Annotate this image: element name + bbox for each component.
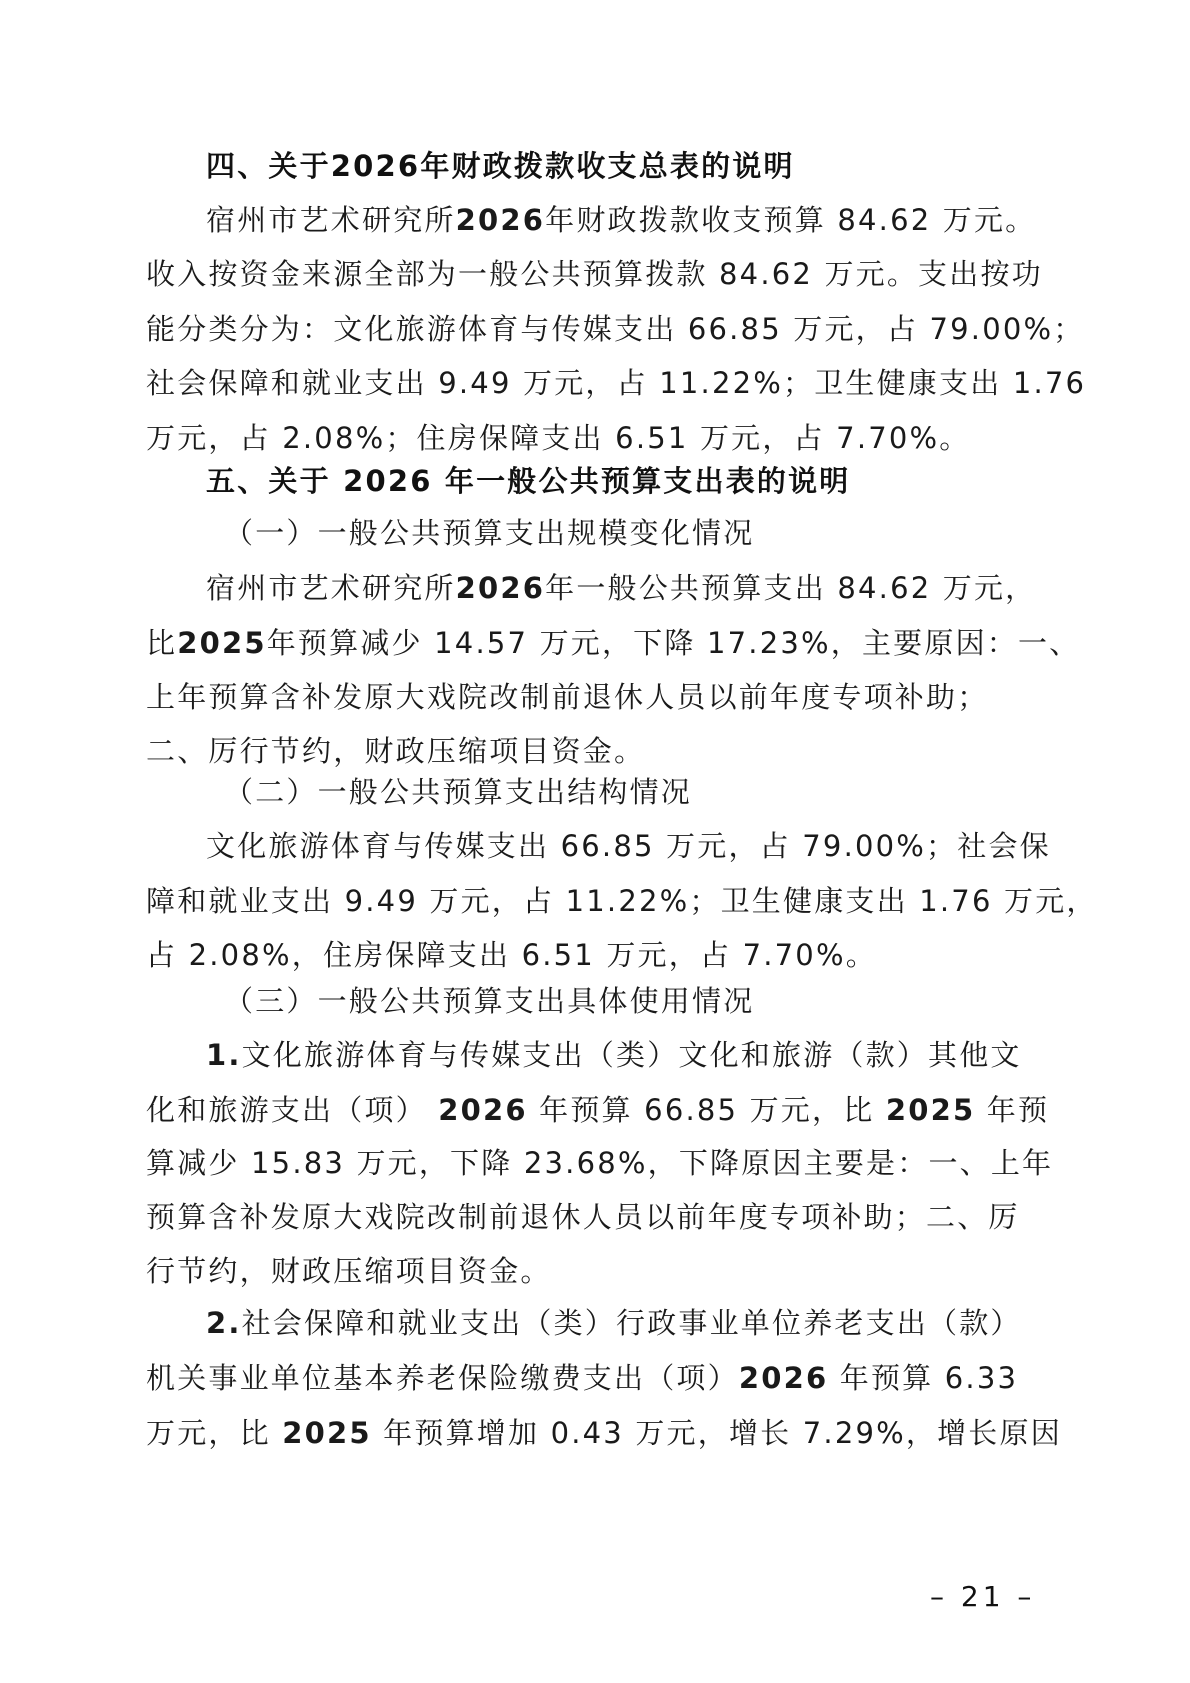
text-segment: 算减少 15.83 万元，下降 23.68%，下降原因主要是：一、上年 (146, 1146, 1053, 1180)
paragraph-line: 二、厉行节约，财政压缩项目资金。 (146, 731, 645, 771)
text-segment: 年预算 66.85 万元，比 (528, 1093, 886, 1127)
paragraph-line: 宿州市艺术研究所2026年一般公共预算支出 84.62 万元， (206, 568, 1036, 608)
text-segment: 年预算 6.33 (828, 1361, 1018, 1395)
item-number: 2. (206, 1306, 242, 1340)
year-bold: 2025 (886, 1093, 976, 1127)
item-number: 1. (206, 1038, 242, 1072)
text-segment: 年预算减少 14.57 万元，下降 17.23%，主要原因：一、 (267, 626, 1081, 660)
paragraph-line: 1.文化旅游体育与传媒支出（类）文化和旅游（款）其他文 (206, 1035, 1022, 1075)
text-segment: 文化旅游体育与传媒支出 66.85 万元，占 79.00%；社会保 (206, 829, 1051, 863)
paragraph-line: 占 2.08%，住房保障支出 6.51 万元，占 7.70%。 (146, 935, 877, 975)
page-number: – 21 – (930, 1580, 1035, 1613)
paragraph-line: 上年预算含补发原大戏院改制前退休人员以前年度专项补助； (146, 677, 988, 717)
paragraph-line: 预算含补发原大戏院改制前退休人员以前年度专项补助；二、厉 (146, 1197, 1020, 1237)
text-segment: 万元，占 2.08%；住房保障支出 6.51 万元，占 7.70%。 (146, 421, 971, 455)
text-segment: 占 2.08%，住房保障支出 6.51 万元，占 7.70%。 (146, 938, 877, 972)
paragraph-line: 化和旅游支出（项） 2026 年预算 66.85 万元，比 2025 年预 (146, 1090, 1049, 1130)
section-heading-5: 五、关于 2026 年一般公共预算支出表的说明 (206, 461, 851, 501)
text-segment: 二、厉行节约，财政压缩项目资金。 (146, 734, 645, 768)
paragraph-line: 收入按资金来源全部为一般公共预算拨款 84.62 万元。支出按功 (146, 254, 1043, 294)
text-segment: 收入按资金来源全部为一般公共预算拨款 84.62 万元。支出按功 (146, 257, 1043, 291)
paragraph-line: 能分类分为：文化旅游体育与传媒支出 66.85 万元，占 79.00%； (146, 309, 1084, 349)
subsection-title-3: （三）一般公共预算支出具体使用情况 (224, 981, 754, 1021)
text-segment: 社会保障和就业支出（类）行政事业单位养老支出（款） (242, 1306, 1022, 1340)
text-segment: 化和旅游支出（项） (146, 1093, 438, 1127)
text-segment: 比 (146, 626, 177, 660)
paragraph-line: 行节约，财政压缩项目资金。 (146, 1251, 552, 1291)
text-segment: 社会保障和就业支出 9.49 万元，占 11.22%；卫生健康支出 1.76 (146, 366, 1086, 400)
paragraph-line: 机关事业单位基本养老保险缴费支出（项）2026 年预算 6.33 (146, 1358, 1018, 1398)
section-heading-4: 四、关于2026年财政拨款收支总表的说明 (206, 146, 795, 186)
subsection-title-1: （一）一般公共预算支出规模变化情况 (224, 513, 754, 553)
text-segment: 行节约，财政压缩项目资金。 (146, 1254, 552, 1288)
paragraph-line: 障和就业支出 9.49 万元，占 11.22%；卫生健康支出 1.76 万元， (146, 881, 1098, 921)
text-segment: 上年预算含补发原大戏院改制前退休人员以前年度专项补助； (146, 680, 988, 714)
paragraph-line: 社会保障和就业支出 9.49 万元，占 11.22%；卫生健康支出 1.76 (146, 363, 1086, 403)
text-segment: 能分类分为：文化旅游体育与传媒支出 66.85 万元，占 79.00%； (146, 312, 1084, 346)
document-page: 四、关于2026年财政拨款收支总表的说明 宿州市艺术研究所2026年财政拨款收支… (0, 0, 1190, 1683)
subsection-title-2: （二）一般公共预算支出结构情况 (224, 772, 692, 812)
paragraph-line: 万元，占 2.08%；住房保障支出 6.51 万元，占 7.70%。 (146, 418, 971, 458)
text-segment: 年一般公共预算支出 84.62 万元， (545, 571, 1036, 605)
text-segment: 障和就业支出 9.49 万元，占 11.22%；卫生健康支出 1.76 万元， (146, 884, 1098, 918)
paragraph-line: 宿州市艺术研究所2026年财政拨款收支预算 84.62 万元。 (206, 200, 1036, 240)
year-bold: 2026 (739, 1361, 829, 1395)
paragraph-line: 算减少 15.83 万元，下降 23.68%，下降原因主要是：一、上年 (146, 1143, 1053, 1183)
text-segment: 宿州市艺术研究所 (206, 203, 456, 237)
text-segment: 万元，比 (146, 1416, 282, 1450)
paragraph-line: 万元，比 2025 年预算增加 0.43 万元，增长 7.29%，增长原因 (146, 1413, 1062, 1453)
text-segment: 年财政拨款收支预算 84.62 万元。 (545, 203, 1036, 237)
year-bold: 2025 (282, 1416, 372, 1450)
year-bold: 2026 (456, 203, 546, 237)
text-segment: 年预算增加 0.43 万元，增长 7.29%，增长原因 (372, 1416, 1062, 1450)
text-segment: 预算含补发原大戏院改制前退休人员以前年度专项补助；二、厉 (146, 1200, 1020, 1234)
paragraph-line: 文化旅游体育与传媒支出 66.85 万元，占 79.00%；社会保 (206, 826, 1051, 866)
text-segment: 年预 (975, 1093, 1049, 1127)
year-bold: 2025 (177, 626, 267, 660)
text-segment: 宿州市艺术研究所 (206, 571, 456, 605)
year-bold: 2026 (456, 571, 546, 605)
year-bold: 2026 (438, 1093, 528, 1127)
text-segment: 机关事业单位基本养老保险缴费支出（项） (146, 1361, 739, 1395)
paragraph-line: 2.社会保障和就业支出（类）行政事业单位养老支出（款） (206, 1303, 1022, 1343)
text-segment: 文化旅游体育与传媒支出（类）文化和旅游（款）其他文 (242, 1038, 1022, 1072)
paragraph-line: 比2025年预算减少 14.57 万元，下降 17.23%，主要原因：一、 (146, 623, 1080, 663)
